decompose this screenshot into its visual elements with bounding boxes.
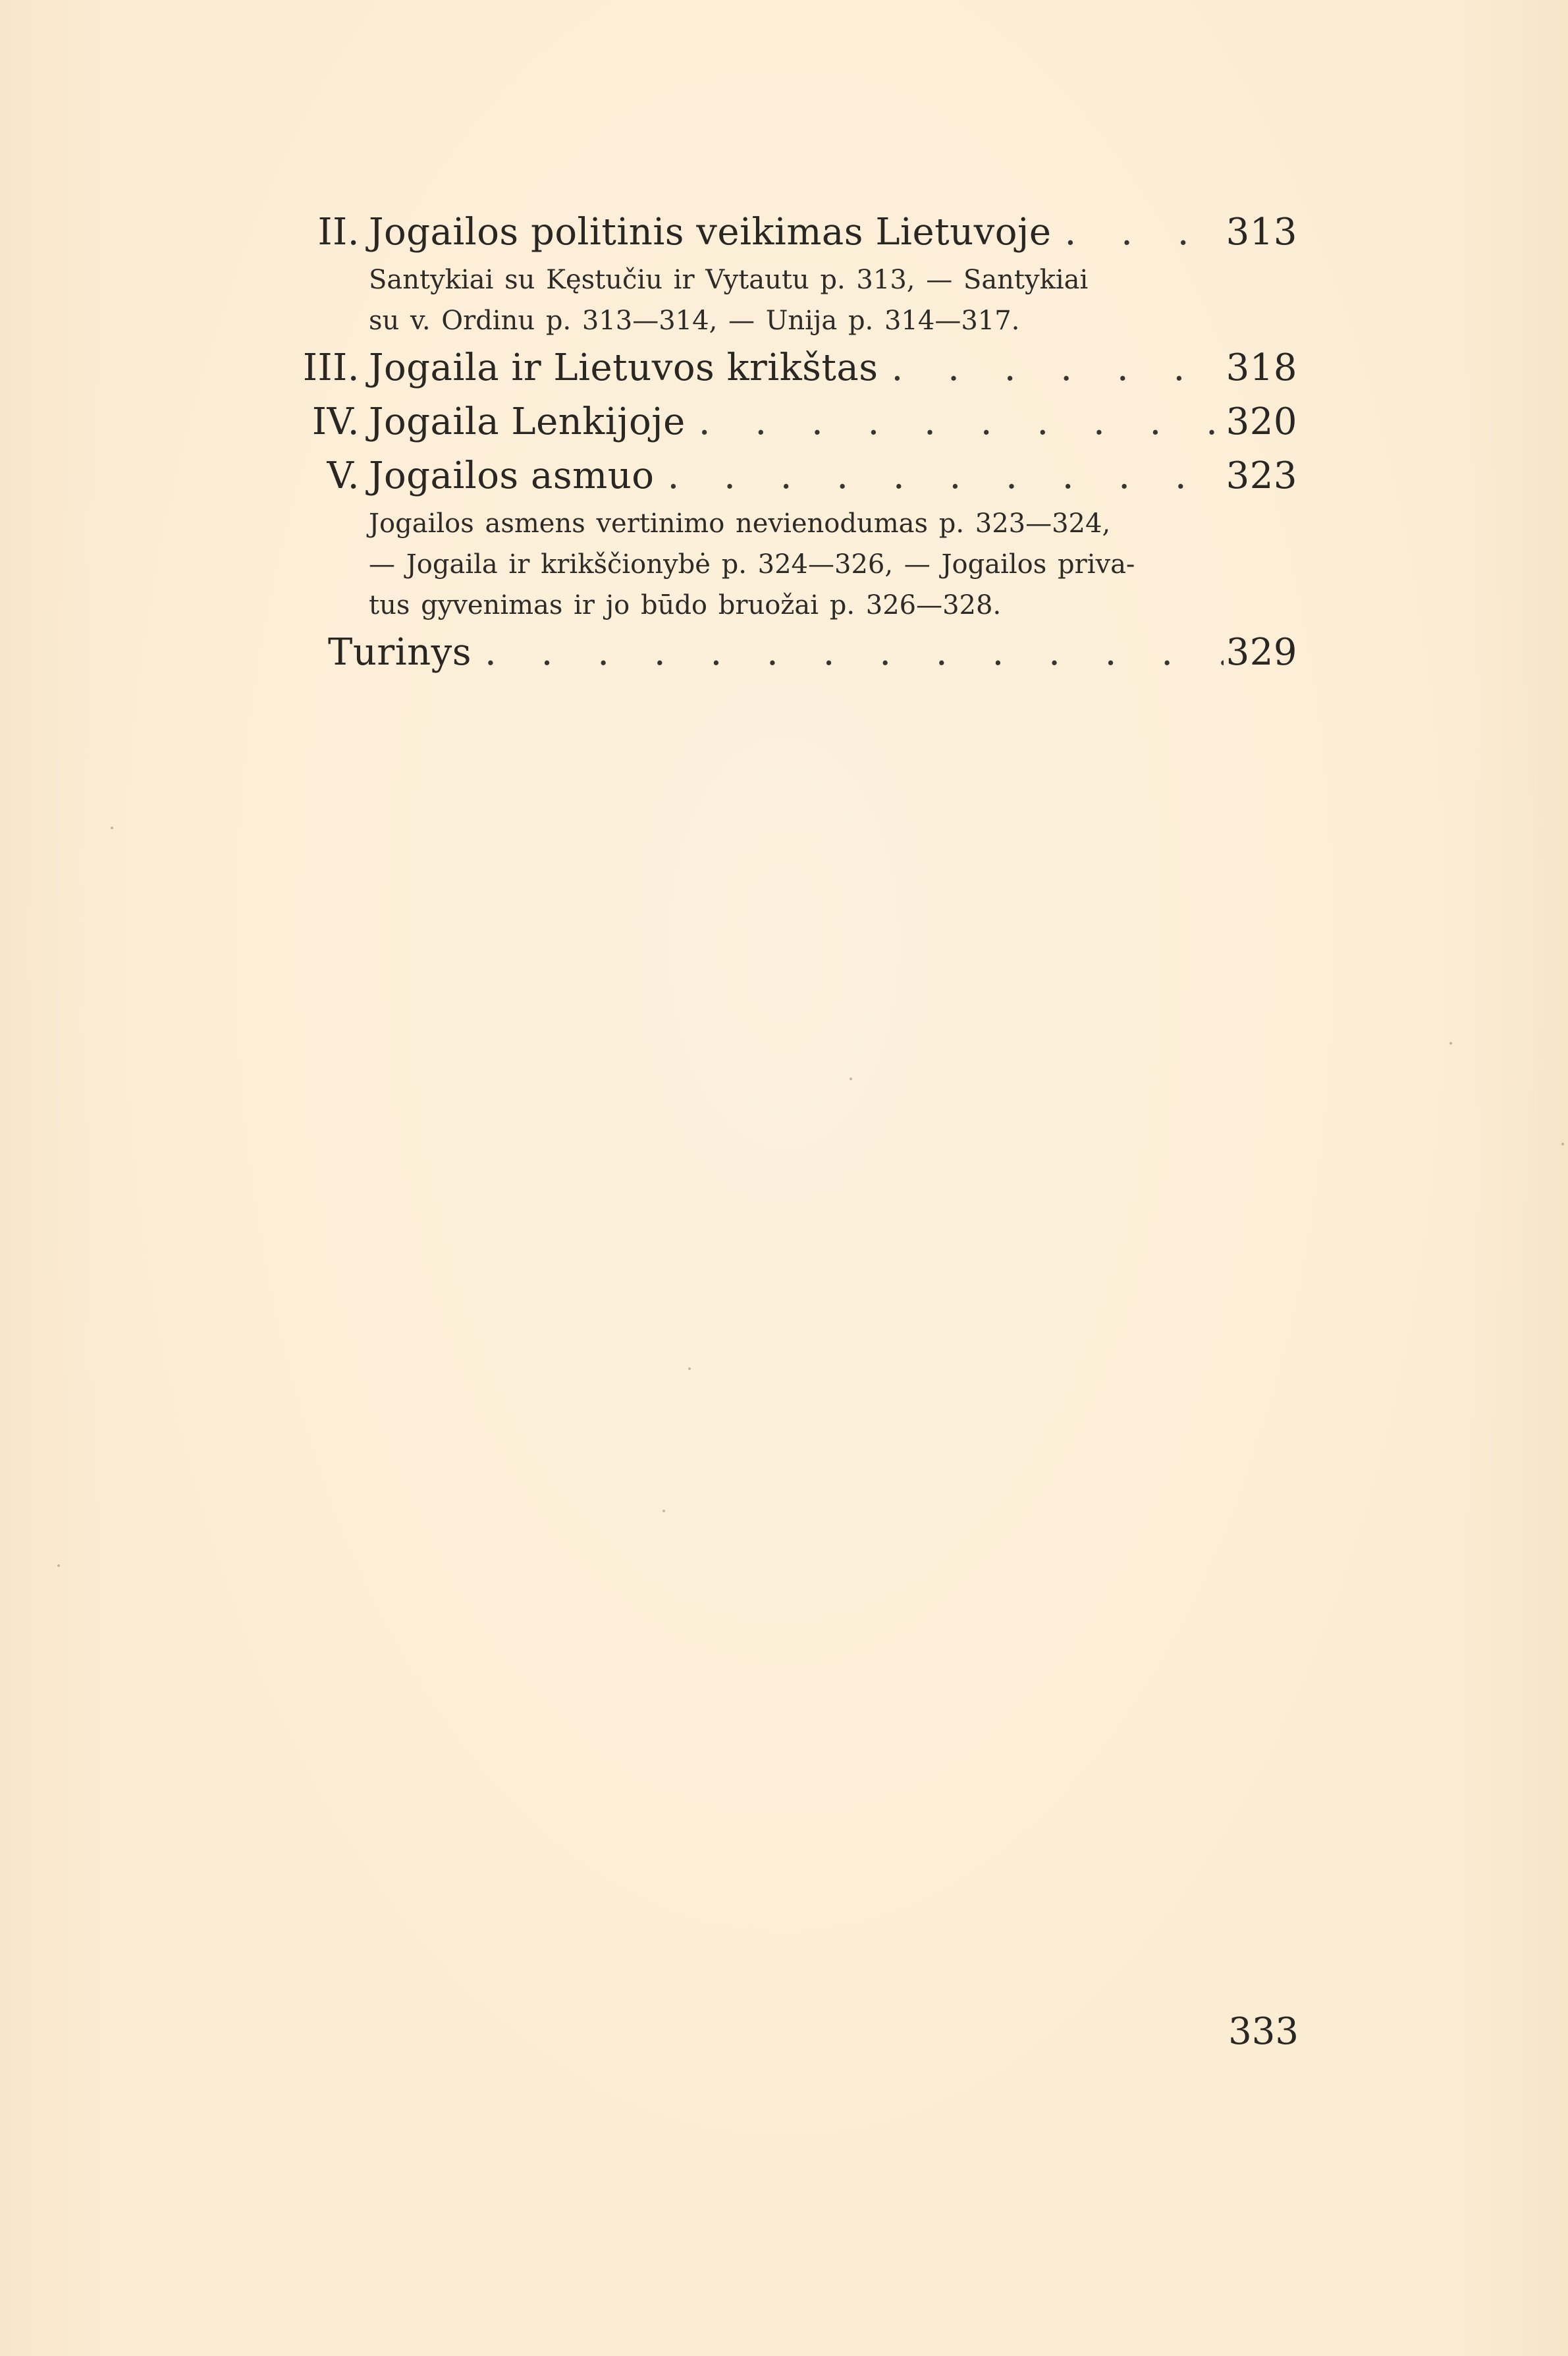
page-number: 318 [1224, 341, 1297, 395]
paper-speck [111, 827, 113, 829]
chapter-numeral: II. [290, 205, 369, 260]
chapter-title: Jogailos asmuo [369, 449, 654, 503]
dot-leader: . . . . [1052, 205, 1224, 260]
paper-speck [1561, 1143, 1564, 1145]
chapter-numeral: V. [290, 449, 369, 503]
paper-speck [662, 1510, 665, 1512]
paper-speck [1449, 1042, 1452, 1045]
page-number: 329 [1224, 626, 1297, 680]
toc-entry-ii[interactable]: II. Jogailos politinis veikimas Lietuvoj… [290, 205, 1297, 260]
toc-entry-iii[interactable]: III. Jogaila ir Lietuvos krikštas . . . … [290, 341, 1297, 395]
paper-speck [850, 1078, 852, 1080]
subtopic-line: — Jogaila ir krikščionybė p. 324—326, — … [369, 544, 1205, 585]
chapter-title: Jogaila ir Lietuvos krikštas [369, 341, 879, 395]
chapter-title: Jogaila Lenkijoje [369, 395, 686, 449]
table-of-contents: II. Jogailos politinis veikimas Lietuvoj… [290, 205, 1297, 680]
subtopic-line: tus gyvenimas ir jo būdo bruožai p. 326—… [369, 585, 1205, 626]
page-number: 323 [1224, 449, 1297, 503]
dot-leader: . . . . . . . . . . . [654, 449, 1224, 503]
dot-leader: . . . . . . . . . . . . . . [472, 626, 1224, 680]
dot-leader: . . . . . . . [879, 341, 1224, 395]
chapter-numeral: III. [290, 341, 369, 395]
paper-speck [688, 1367, 691, 1370]
subtopics: Jogailos asmens vertinimo nevienodumas p… [369, 503, 1205, 626]
subtopics: Santykiai su Kęstučiu ir Vytautu p. 313,… [369, 260, 1205, 341]
toc-entry-iv[interactable]: IV. Jogaila Lenkijoje . . . . . . . . . … [290, 395, 1297, 449]
chapter-title: Jogailos politinis veikimas Lietuvoje [369, 205, 1052, 260]
subtopic-line: Santykiai su Kęstučiu ir Vytautu p. 313,… [369, 260, 1205, 300]
page-number: 320 [1224, 395, 1297, 449]
subtopic-line: Jogailos asmens vertinimo nevienodumas p… [369, 503, 1205, 544]
chapter-numeral: IV. [290, 395, 369, 449]
folio-page-number: 333 [1193, 2010, 1299, 2053]
chapter-title: Turinys [328, 626, 472, 680]
page-number: 313 [1224, 205, 1297, 260]
paper-speck [57, 1564, 60, 1567]
subtopic-line: su v. Ordinu p. 313—314, — Unija p. 314—… [369, 300, 1205, 341]
toc-entry-turinys[interactable]: Turinys . . . . . . . . . . . . . . 329 [290, 626, 1297, 680]
dot-leader: . . . . . . . . . . . [686, 395, 1224, 449]
toc-entry-v[interactable]: V. Jogailos asmuo . . . . . . . . . . . … [290, 449, 1297, 503]
